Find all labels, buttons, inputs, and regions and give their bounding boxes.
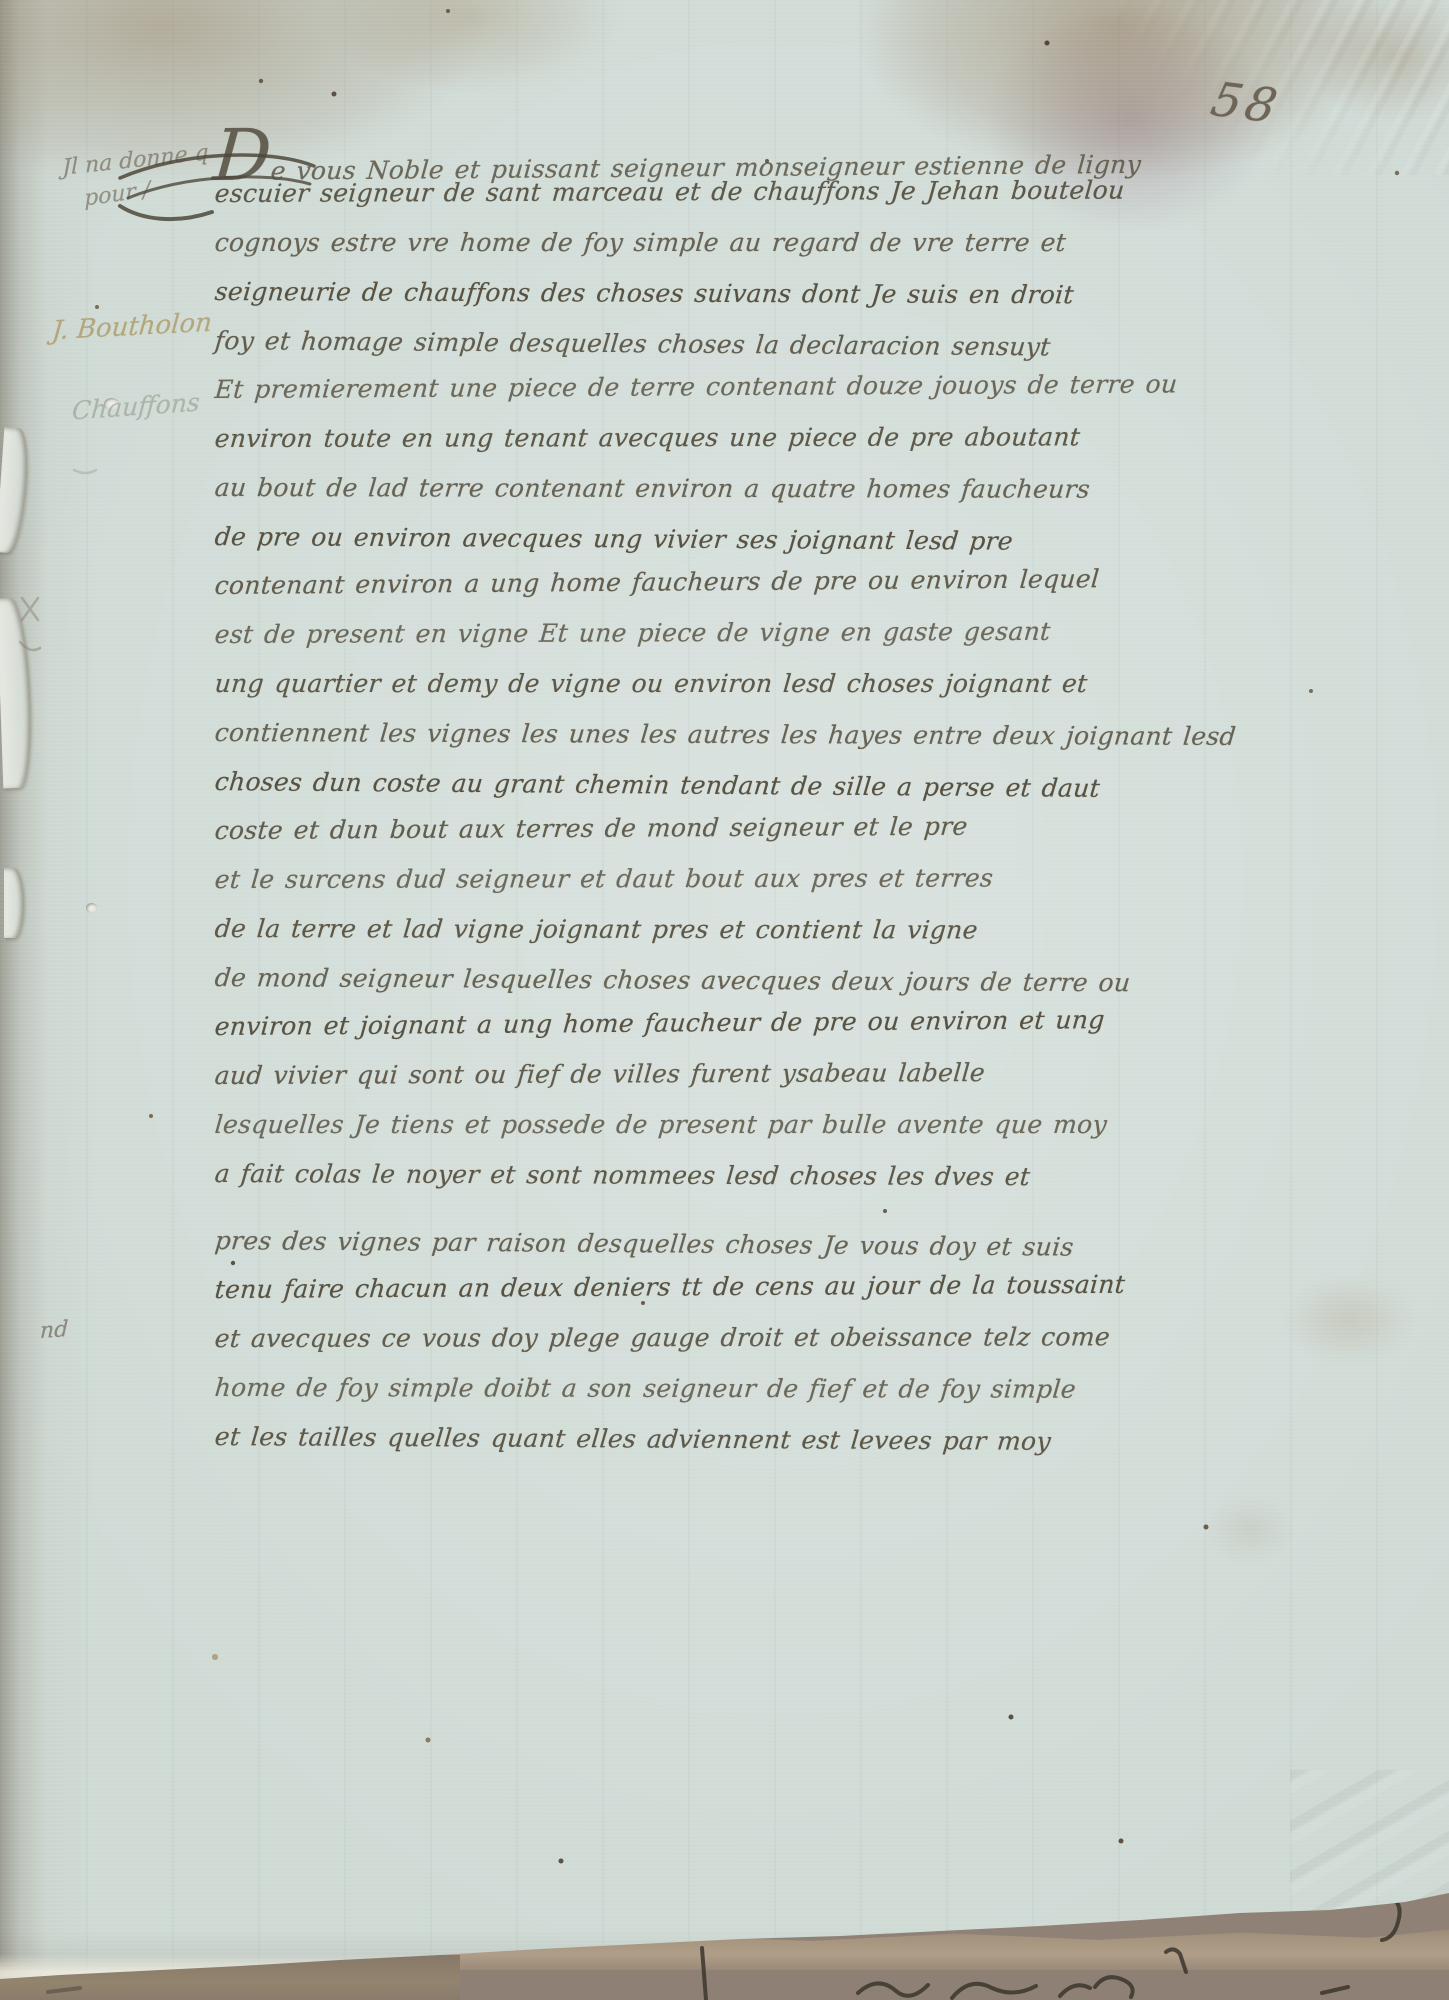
manuscript-photo: 58 Jl na donne q pour / J. Boutholon Cha…: [0, 0, 1449, 2000]
manuscript-line: environ et joignant a ung home faucheur …: [212, 1005, 1076, 1061]
manuscript-line: a fait colas le noyer et sont nommees le…: [212, 1159, 1076, 1211]
manuscript-line: est de present en vigne Et une piece de …: [212, 617, 1076, 669]
text-block: De vous Noble et puissant seigneur monse…: [214, 130, 1074, 1471]
manuscript-line: et le surcens dud seigneur et daut bout …: [212, 863, 1076, 914]
manuscript-line: home de foy simple doibt a son seigneur …: [212, 1373, 1076, 1424]
manuscript-line: cognoys estre vre home de foy simple au …: [212, 228, 1076, 277]
manuscript-line: tenu faire chacun an deux deniers tt de …: [212, 1270, 1076, 1324]
manuscript-line: contenant environ a ung home faucheurs d…: [212, 564, 1076, 620]
manuscript-line: lesquelles Je tiens et possede de presen…: [212, 1110, 1076, 1159]
manuscript-line: Et premierement une piece de terre conte…: [212, 370, 1076, 424]
folio-number: 58: [1206, 72, 1286, 134]
manuscript-line: contiennent les vignes les unes les autr…: [212, 718, 1076, 770]
manuscript-line: De vous Noble et puissant seigneur monse…: [212, 123, 1076, 179]
manuscript-page: 58 Jl na donne q pour / J. Boutholon Cha…: [0, 0, 1449, 2000]
manuscript-line: coste et dun bout aux terres de mond sei…: [212, 811, 1076, 865]
gutter-marks: [0, 0, 120, 2000]
manuscript-line: seigneurie de chauffons des choses suiva…: [212, 277, 1076, 329]
bottom-right-fold: [1290, 1770, 1449, 1920]
manuscript-line: et avecques ce vous doy plege gauge droi…: [212, 1322, 1076, 1373]
manuscript-line: ung quartier et demy de vigne ou environ…: [212, 669, 1076, 718]
manuscript-line: aud vivier qui sont ou fief de villes fu…: [212, 1058, 1076, 1110]
manuscript-line: de la terre et lad vigne joignant pres e…: [212, 914, 1076, 965]
manuscript-line: au bout de lad terre contenant environ a…: [212, 473, 1076, 524]
manuscript-line: escuier seigneur de sant marceau et de c…: [212, 176, 1076, 228]
manuscript-line: environ toute en ung tenant avecques une…: [212, 422, 1076, 473]
manuscript-line: et les tailles quelles quant elles advie…: [212, 1422, 1076, 1476]
